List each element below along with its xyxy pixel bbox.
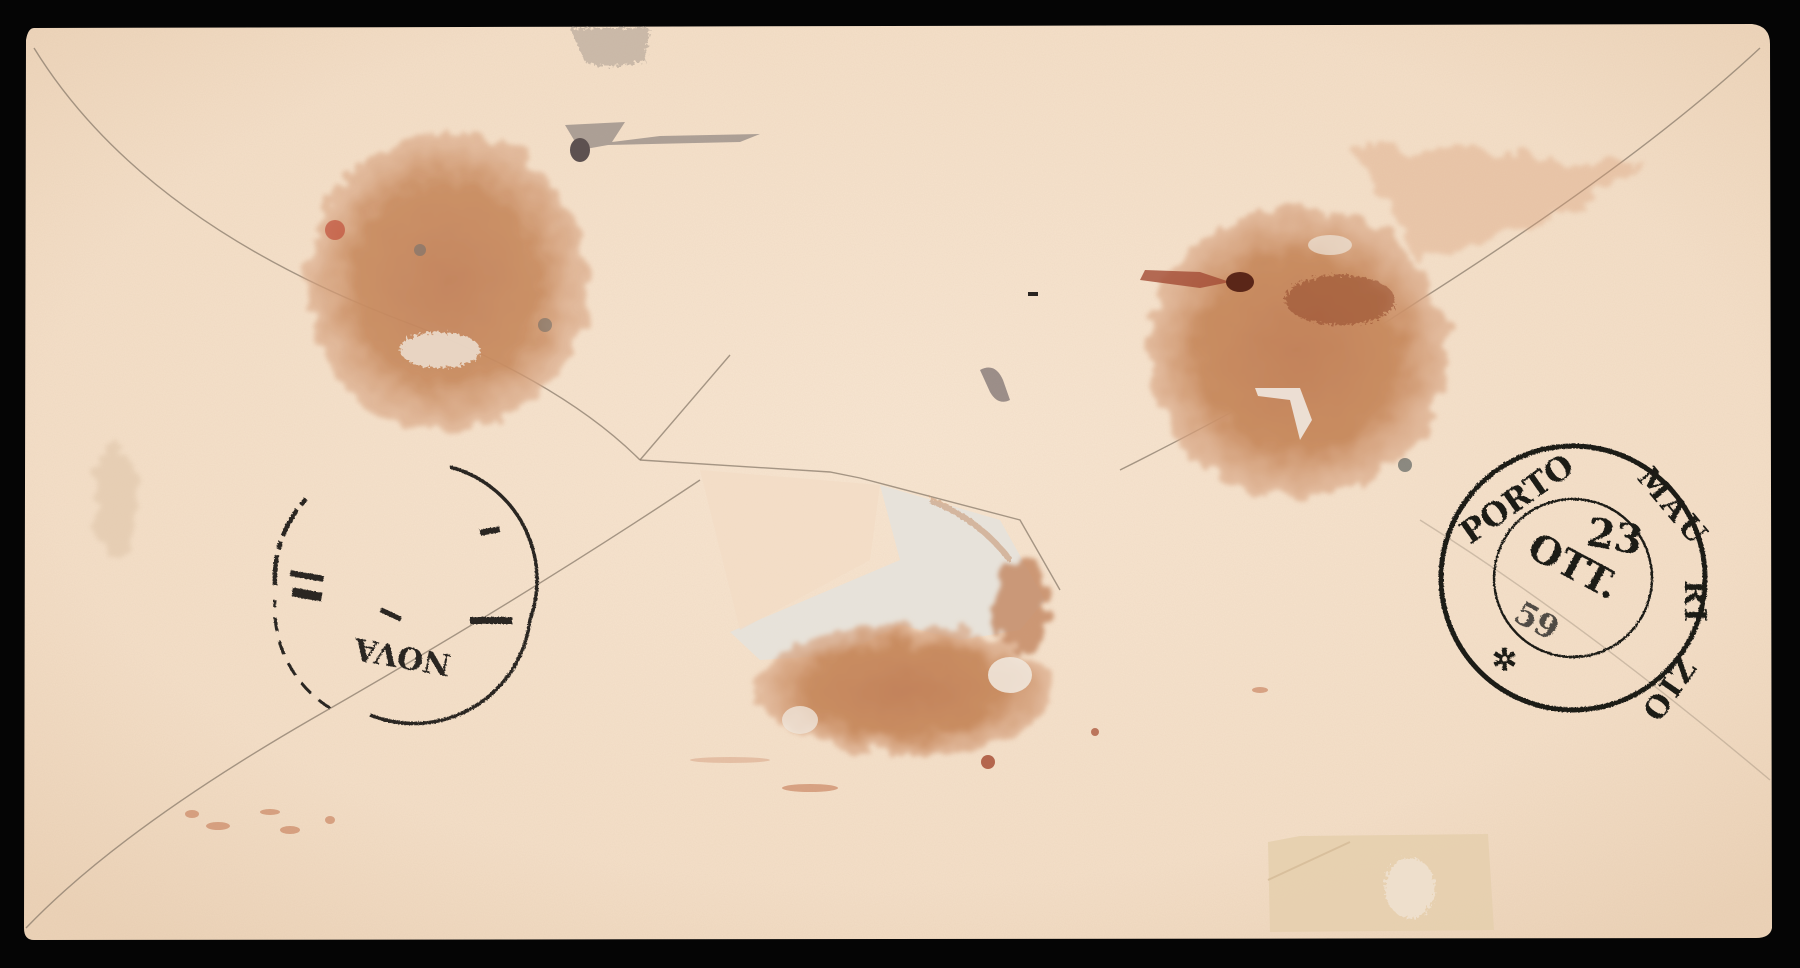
envelope-photo: NOVA PORTO MAU RI ZIO ✲ 23 OTT. 59 xyxy=(0,0,1800,968)
postmark-star: ✲ xyxy=(1492,643,1517,678)
wax-seal-left xyxy=(307,132,587,432)
postmark-town-maurizio-b: RI xyxy=(1677,580,1712,625)
water-stain-left xyxy=(93,440,137,560)
label-remnant xyxy=(1268,834,1494,932)
envelope-svg: NOVA PORTO MAU RI ZIO ✲ 23 OTT. 59 xyxy=(0,0,1800,968)
